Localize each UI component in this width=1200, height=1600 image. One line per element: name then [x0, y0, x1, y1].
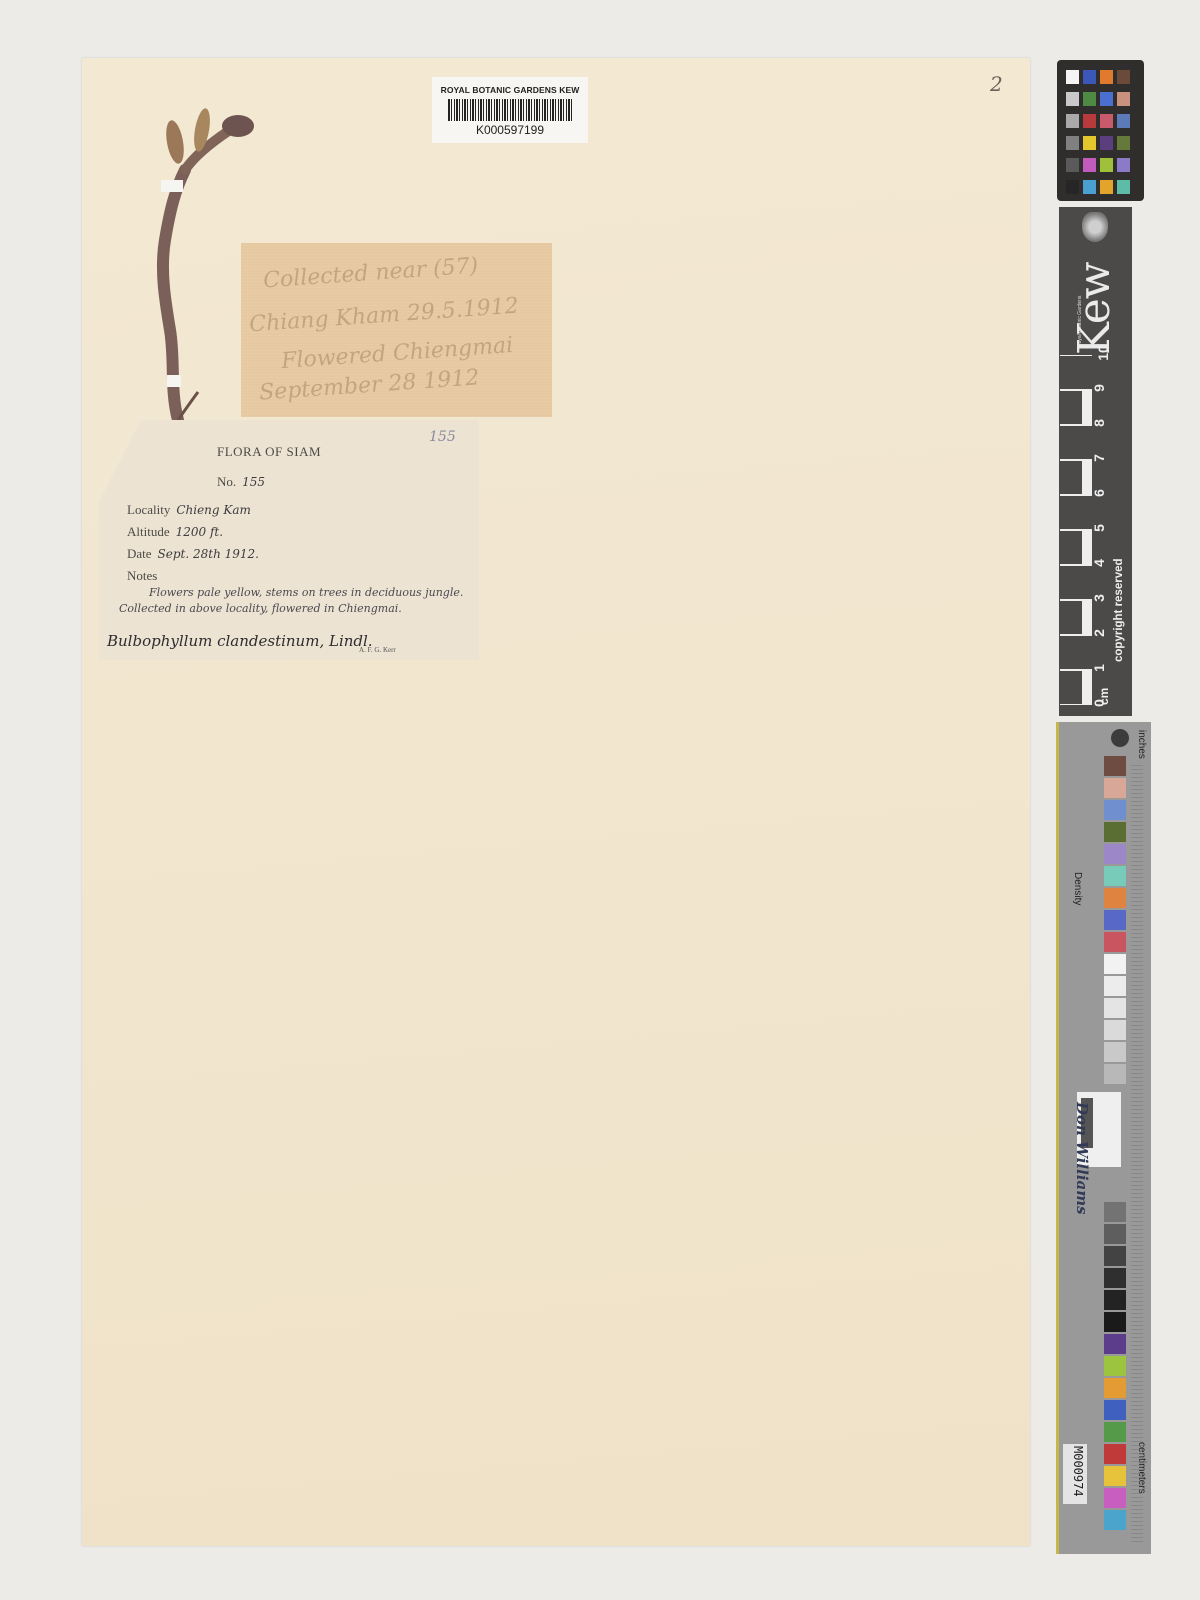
density-swatch	[1104, 800, 1126, 820]
color-swatch	[1100, 180, 1113, 194]
cm-unit-label: cm	[1097, 688, 1111, 705]
density-swatch	[1104, 1064, 1126, 1084]
density-swatch	[1104, 822, 1126, 842]
inches-label: inches	[1136, 730, 1147, 759]
density-swatch	[1104, 998, 1126, 1018]
number-annotation: 155	[429, 429, 456, 445]
density-swatches-bottom	[1104, 1202, 1126, 1532]
color-swatch	[1100, 114, 1113, 128]
color-swatch	[1117, 158, 1130, 172]
color-swatch	[1066, 158, 1079, 172]
density-swatch	[1104, 1246, 1126, 1266]
density-swatch	[1104, 866, 1126, 886]
collection-number: No.155	[217, 474, 265, 490]
density-swatch	[1104, 1488, 1126, 1508]
ruler-tick-label: 7	[1091, 454, 1107, 462]
density-swatch	[1104, 1020, 1126, 1040]
color-swatch	[1083, 158, 1096, 172]
density-color-strip: inches Density Don Williams M000974 cent…	[1056, 722, 1151, 1554]
barcode-icon	[448, 99, 572, 121]
mm-scale	[1131, 762, 1143, 1542]
ruler-tick-label: 2	[1091, 629, 1107, 637]
color-swatch	[1066, 70, 1079, 84]
corner-annotation: 2	[990, 72, 1003, 96]
ruler-segment	[1060, 356, 1082, 389]
density-swatch	[1104, 1290, 1126, 1310]
ruler-segment	[1060, 671, 1082, 704]
density-swatch	[1104, 1400, 1126, 1420]
density-swatch	[1104, 1202, 1126, 1222]
patch-id-label: M000974	[1063, 1444, 1087, 1504]
barcode-number: K000597199	[432, 123, 588, 137]
density-swatches-top	[1104, 756, 1126, 1086]
ruler-tick-label: 10	[1095, 345, 1111, 361]
ruler-segment	[1060, 601, 1082, 634]
cm-tick-labels: 012345678910	[1095, 353, 1113, 709]
color-swatch	[1083, 92, 1096, 106]
density-swatch	[1104, 1444, 1126, 1464]
density-swatch	[1104, 1510, 1126, 1530]
field-note-line: Flowered Chiengmai	[280, 333, 514, 374]
flora-of-siam-label: FLORA OF SIAM 155 No.155 LocalityChieng …	[99, 420, 479, 660]
color-swatch	[1117, 180, 1130, 194]
color-swatch	[1100, 70, 1113, 84]
field-note-line: Collected near (57)	[262, 254, 479, 294]
color-swatch	[1083, 136, 1096, 150]
density-swatch	[1104, 1042, 1126, 1062]
color-swatch	[1083, 70, 1096, 84]
institution-name: ROYAL BOTANIC GARDENS KEW	[432, 85, 588, 95]
kew-scale-bar: Royal Botanic Gardens Kew 012345678910 c…	[1059, 207, 1132, 716]
species-name: Bulbophyllum clandestinum, Lindl.	[107, 632, 373, 650]
field-note-label: Collected near (57) Chiang Kham 29.5.191…	[241, 243, 552, 417]
ruler-tick-label: 5	[1091, 524, 1107, 532]
color-swatch	[1100, 158, 1113, 172]
density-swatch	[1104, 1268, 1126, 1288]
kew-crest-icon	[1082, 212, 1108, 242]
ruler-tick-label: 4	[1091, 559, 1107, 567]
density-swatch	[1104, 778, 1126, 798]
color-swatch	[1066, 92, 1079, 106]
color-swatch	[1117, 70, 1130, 84]
ruler-segment	[1060, 461, 1082, 494]
density-swatch	[1104, 976, 1126, 996]
ruler-tick-label: 9	[1091, 384, 1107, 392]
density-swatch	[1104, 1334, 1126, 1354]
color-swatch-grid	[1066, 70, 1130, 194]
density-label: Density	[1072, 872, 1083, 905]
density-swatch	[1104, 1312, 1126, 1332]
density-swatch	[1104, 932, 1126, 952]
density-swatch	[1104, 888, 1126, 908]
cm-ruler	[1060, 355, 1092, 705]
color-swatch	[1117, 114, 1130, 128]
ruler-segment	[1060, 566, 1082, 599]
color-swatch	[1100, 92, 1113, 106]
color-swatch	[1117, 136, 1130, 150]
color-swatch	[1083, 114, 1096, 128]
density-swatch	[1104, 1224, 1126, 1244]
color-swatch	[1083, 180, 1096, 194]
density-swatch	[1104, 1422, 1126, 1442]
color-swatch	[1066, 114, 1079, 128]
density-swatch	[1104, 756, 1126, 776]
punch-hole	[1111, 729, 1129, 747]
barcode-label: ROYAL BOTANIC GARDENS KEW K000597199	[432, 77, 588, 143]
density-swatch	[1104, 1466, 1126, 1486]
notes-label: Notes	[127, 568, 157, 584]
ruler-segment	[1060, 636, 1082, 669]
color-swatch	[1066, 136, 1079, 150]
ruler-segment	[1060, 391, 1082, 424]
field-note-line: Chiang Kham 29.5.1912	[248, 294, 519, 338]
don-williams-brand: Don Williams	[1073, 1102, 1091, 1215]
altitude: Altitude1200 ft.	[127, 524, 223, 540]
collector-name: A. F. G. Kerr	[359, 646, 396, 654]
copyright-text: copyright reserved	[1113, 558, 1125, 662]
color-swatch	[1066, 180, 1079, 194]
locality: LocalityChieng Kam	[127, 502, 251, 518]
notes-text: Flowers pale yellow, stems on trees in d…	[119, 585, 474, 617]
color-swatch	[1117, 92, 1130, 106]
ruler-tick-label: 8	[1091, 419, 1107, 427]
ruler-segment	[1060, 496, 1082, 529]
density-swatch	[1104, 954, 1126, 974]
density-swatch	[1104, 1378, 1126, 1398]
density-swatch	[1104, 844, 1126, 864]
label-title: FLORA OF SIAM	[217, 444, 321, 460]
color-checker-card	[1057, 60, 1144, 201]
ruler-tick-label: 3	[1091, 594, 1107, 602]
ruler-tick-label: 1	[1091, 664, 1107, 672]
ruler-tick-label: 6	[1091, 489, 1107, 497]
color-swatch	[1100, 136, 1113, 150]
ruler-segment	[1060, 426, 1082, 459]
density-swatch	[1104, 1356, 1126, 1376]
density-swatch	[1104, 910, 1126, 930]
ruler-segment	[1060, 531, 1082, 564]
date: DateSept. 28th 1912.	[127, 546, 259, 562]
